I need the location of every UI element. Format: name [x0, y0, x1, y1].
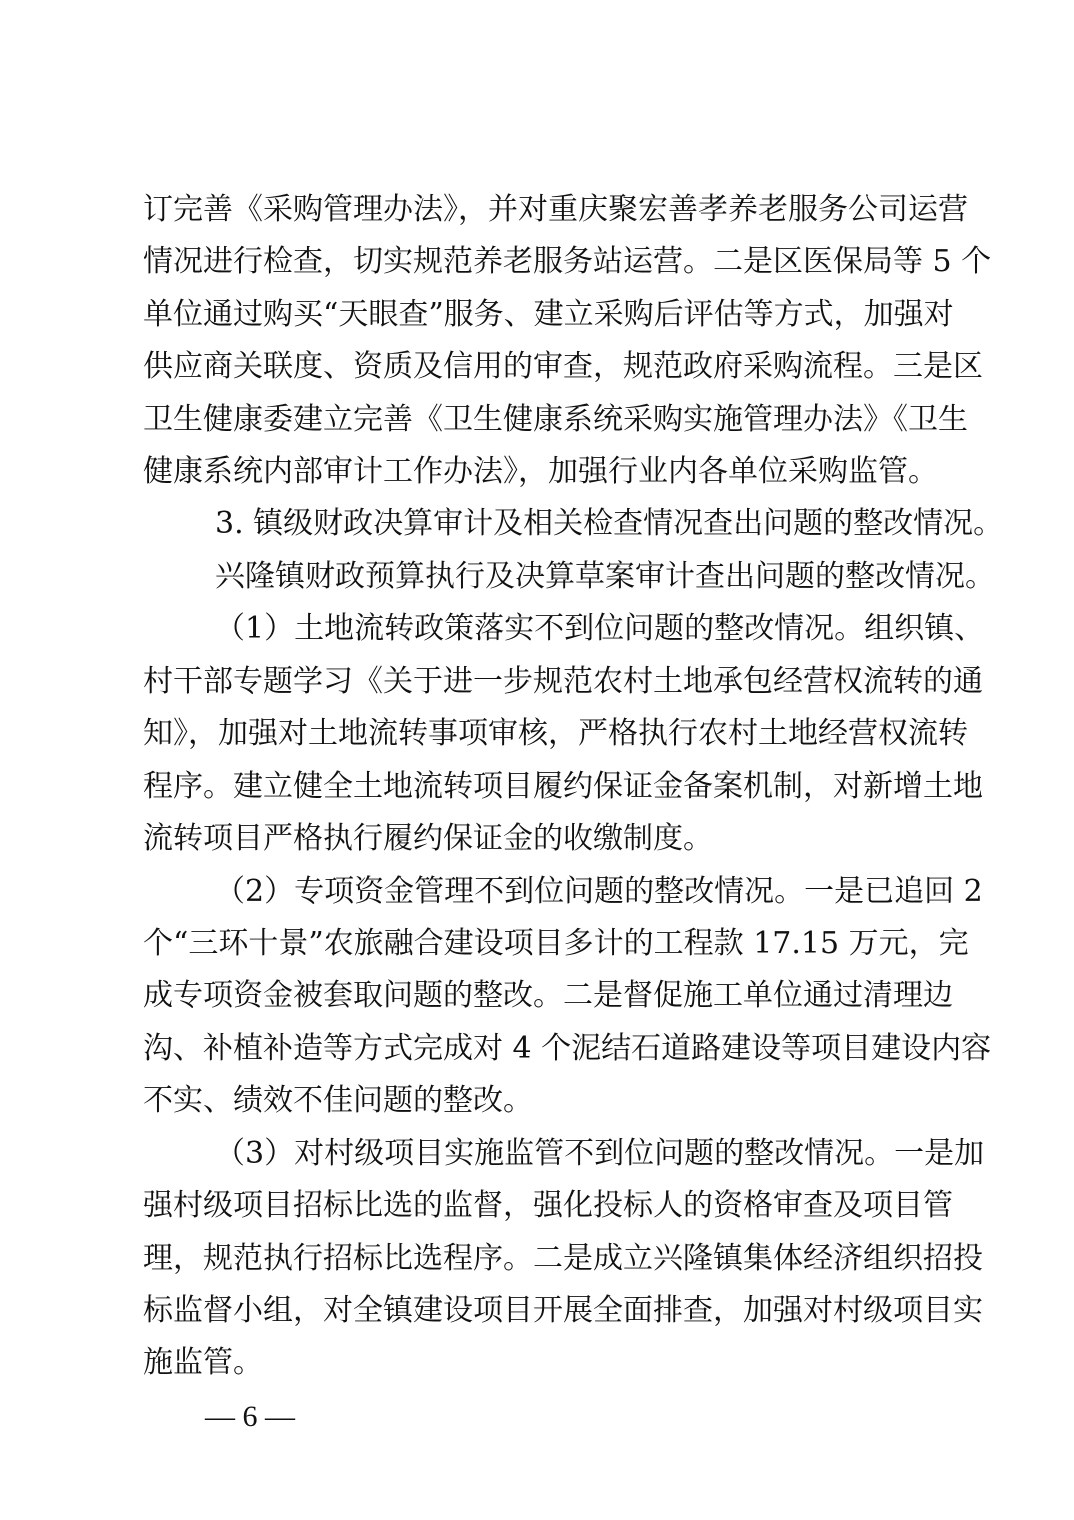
body-text-line: 供应商关联度、资质及信用的审查，规范政府采购流程。三是区 — [143, 347, 943, 387]
paragraph-2-first-line: （2）专项资金管理不到位问题的整改情况。一是已追回 2 — [215, 872, 943, 912]
body-text-line: 订完善《采购管理办法》，并对重庆聚宏善孝养老服务公司运营 — [143, 190, 943, 230]
body-text-line: 理，规范执行招标比选程序。二是成立兴隆镇集体经济组织招投 — [143, 1239, 943, 1279]
body-text-line: 村干部专题学习《关于进一步规范农村土地承包经营权流转的通 — [143, 662, 943, 702]
body-text-line: 卫生健康委建立完善《卫生健康系统采购实施管理办法》《卫生 — [143, 400, 943, 440]
paragraph-1-first-line: （1）土地流转政策落实不到位问题的整改情况。组织镇、 — [215, 609, 943, 649]
page-number: — 6 — — [205, 1397, 295, 1437]
body-text-line: 沟、补植补造等方式完成对 4 个泥结石道路建设等项目建设内容 — [143, 1029, 943, 1069]
body-text-line: 流转项目严格执行履约保证金的收缴制度。 — [143, 819, 943, 859]
body-text-line: 个“三环十景”农旅融合建设项目多计的工程款 17.15 万元，完 — [143, 924, 943, 964]
body-text-line: 成专项资金被套取问题的整改。二是督促施工单位通过清理边 — [143, 976, 943, 1016]
body-text-line: 不实、绩效不佳问题的整改。 — [143, 1081, 943, 1121]
body-text-line: 情况进行检查，切实规范养老服务站运营。二是区医保局等 5 个 — [143, 242, 943, 282]
document-page: 订完善《采购管理办法》，并对重庆聚宏善孝养老服务公司运营 情况进行检查，切实规范… — [0, 0, 1074, 1520]
body-text-line: 程序。建立健全土地流转项目履约保证金备案机制，对新增土地 — [143, 767, 943, 807]
body-text-line: 强村级项目招标比选的监督，强化投标人的资格审查及项目管 — [143, 1186, 943, 1226]
body-text-line: 知》，加强对土地流转事项审核，严格执行农村土地经营权流转 — [143, 714, 943, 754]
body-text-line: 施监管。 — [143, 1343, 943, 1383]
body-text-line: 标监督小组，对全镇建设项目开展全面排查，加强对村级项目实 — [143, 1291, 943, 1331]
body-text-line: 健康系统内部审计工作办法》，加强行业内各单位采购监管。 — [143, 452, 943, 492]
subsection-heading: 兴隆镇财政预算执行及决算草案审计查出问题的整改情况。 — [215, 557, 943, 597]
section-heading: 3. 镇级财政决算审计及相关检查情况查出问题的整改情况。 — [215, 504, 943, 544]
paragraph-3-first-line: （3）对村级项目实施监管不到位问题的整改情况。一是加 — [215, 1134, 943, 1174]
body-text-line: 单位通过购买“天眼查”服务、建立采购后评估等方式，加强对 — [143, 295, 943, 335]
